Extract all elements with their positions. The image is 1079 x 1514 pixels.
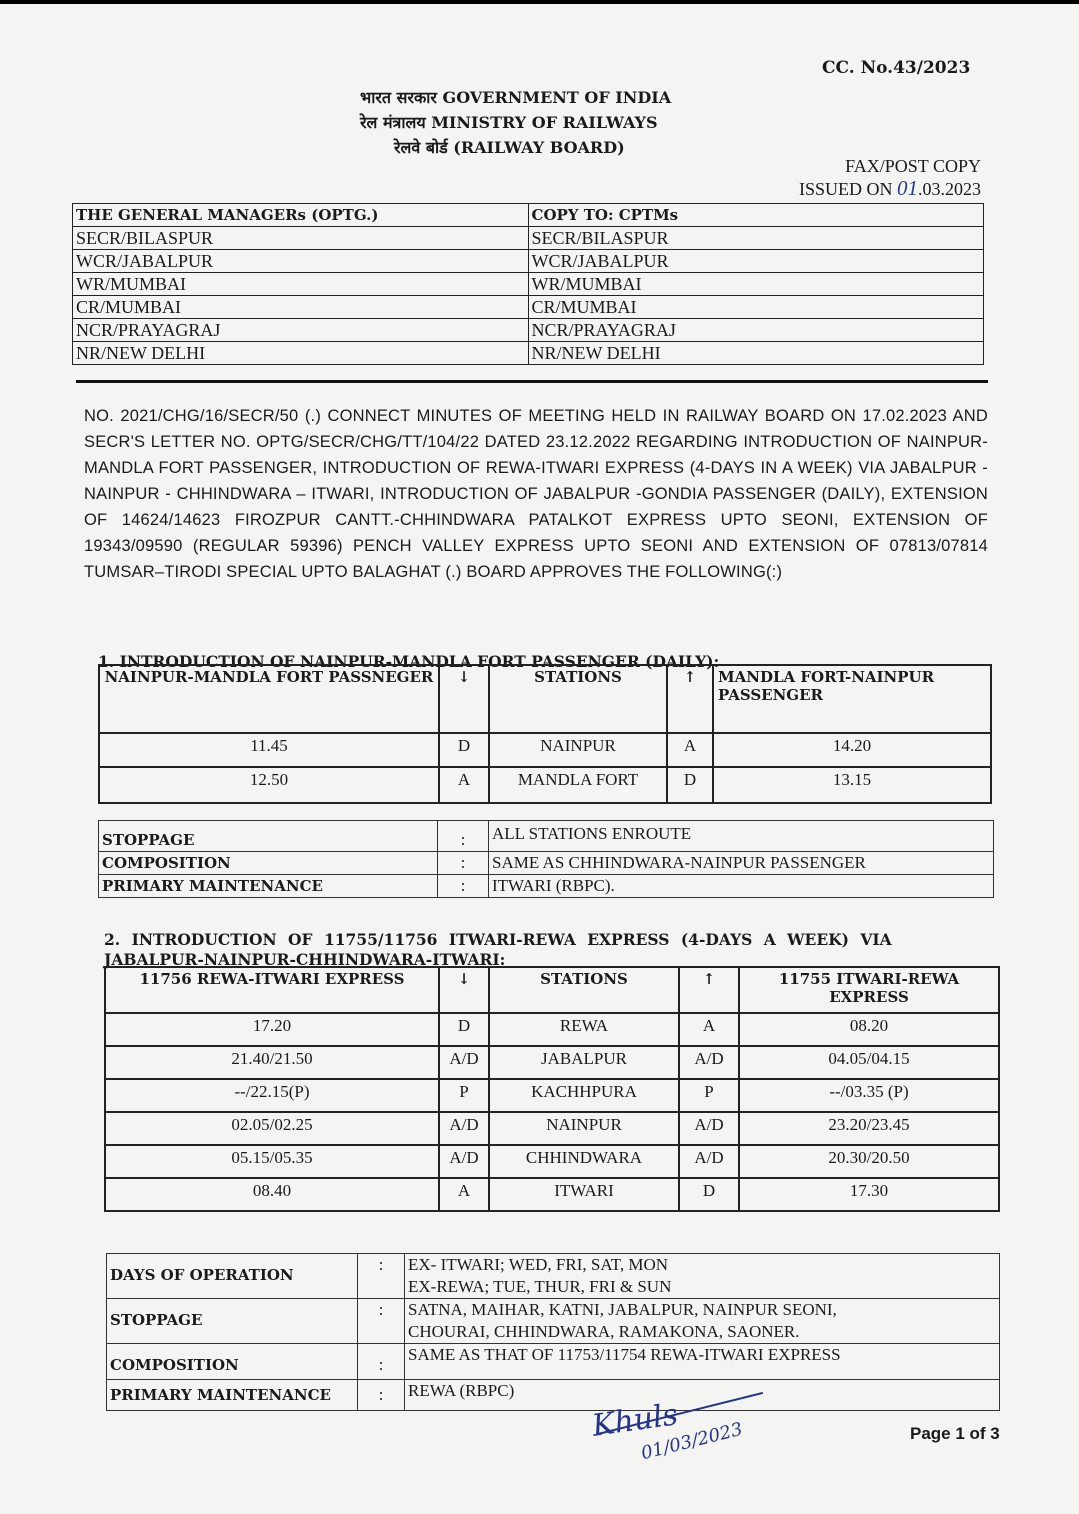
addressee-header-row: THE GENERAL MANAGERs (OPTG.) COPY TO: CP…: [73, 204, 984, 227]
tt-station: REWA: [489, 1013, 679, 1046]
signature: Khuls 01/03/2023: [592, 1403, 678, 1438]
tt-flag-left: A: [439, 1178, 489, 1211]
addressee-left-header: THE GENERAL MANAGERs (OPTG.): [73, 204, 529, 227]
tt-header-stations: STATIONS: [489, 967, 679, 1013]
divider-rule: [76, 380, 988, 383]
down-arrow-icon: ↓: [439, 665, 489, 733]
info-colon: :: [438, 852, 489, 875]
down-arrow-icon: ↓: [439, 967, 489, 1013]
info-value: SAME AS CHHINDWARA-NAINPUR PASSENGER: [489, 852, 994, 875]
tt-time-left: 12.50: [99, 767, 439, 803]
issued-day-handwritten: 01: [897, 176, 918, 200]
section2-timetable: 11756 REWA-ITWARI EXPRESS ↓ STATIONS ↑ 1…: [104, 966, 1000, 1212]
addressee-cell: NR/NEW DELHI: [73, 342, 529, 365]
tt-flag-right: A/D: [679, 1112, 739, 1145]
page-number: Page 1 of 3: [910, 1424, 1000, 1444]
addressee-right-header: COPY TO: CPTMs: [528, 204, 984, 227]
info-colon: :: [358, 1254, 405, 1299]
info-value-line: SATNA, MAIHAR, KATNI, JABALPUR, NAINPUR …: [408, 1299, 996, 1321]
info-value: ALL STATIONS ENROUTE: [489, 821, 994, 852]
section2-title-line1: 2. INTRODUCTION OF 11755/11756 ITWARI-RE…: [104, 930, 892, 949]
section1-timetable: NAINPUR-MANDLA FORT PASSNEGER ↓ STATIONS…: [98, 664, 992, 804]
info-label: STOPPAGE: [99, 821, 438, 852]
info-row: COMPOSITION : SAME AS CHHINDWARA-NAINPUR…: [99, 852, 994, 875]
tt-time-right: 20.30/20.50: [739, 1145, 999, 1178]
tt-flag-right: D: [667, 767, 713, 803]
timetable-row: 11.45 D NAINPUR A 14.20: [99, 733, 991, 767]
info-colon: :: [358, 1380, 405, 1411]
addressee-cell: WR/MUMBAI: [528, 273, 984, 296]
issued-on-label: ISSUED ON: [799, 179, 893, 199]
top-edge: [0, 0, 1079, 4]
addressee-row: WR/MUMBAIWR/MUMBAI: [73, 273, 984, 296]
tt-time-right: 04.05/04.15: [739, 1046, 999, 1079]
tt-flag-right: P: [679, 1079, 739, 1112]
addressee-cell: CR/MUMBAI: [73, 296, 529, 319]
info-label: PRIMARY MAINTENANCE: [107, 1380, 358, 1411]
header-ministry: रेल मंत्रालय MINISTRY OF RAILWAYS: [360, 111, 658, 133]
info-value-line: EX- ITWARI; WED, FRI, SAT, MON: [408, 1254, 996, 1276]
tt-flag-right: A: [679, 1013, 739, 1046]
header-board: रेलवे बोर्ड (RAILWAY BOARD): [394, 136, 625, 158]
info-value: EX- ITWARI; WED, FRI, SAT, MON EX-REWA; …: [405, 1254, 1000, 1299]
timetable-row: --/22.15(P) P KACHHPURA P --/03.35 (P): [105, 1079, 999, 1112]
addressee-table: THE GENERAL MANAGERs (OPTG.) COPY TO: CP…: [72, 203, 984, 365]
info-row: PRIMARY MAINTENANCE : REWA (RBPC): [107, 1380, 1000, 1411]
tt-header-right: MANDLA FORT-NAINPUR PASSENGER: [713, 665, 991, 733]
fax-post-copy: FAX/POST COPY: [799, 155, 981, 177]
info-colon: :: [438, 821, 489, 852]
up-arrow-icon: ↑: [679, 967, 739, 1013]
info-label: COMPOSITION: [107, 1344, 358, 1380]
info-colon: :: [438, 875, 489, 898]
issued-month-year: .03.2023: [918, 179, 981, 199]
addressee-cell: SECR/BILASPUR: [528, 227, 984, 250]
timetable-row: 02.05/02.25 A/D NAINPUR A/D 23.20/23.45: [105, 1112, 999, 1145]
addressee-cell: NCR/PRAYAGRAJ: [73, 319, 529, 342]
tt-flag-right: D: [679, 1178, 739, 1211]
info-value-line: EX-REWA; TUE, THUR, FRI & SUN: [408, 1276, 996, 1298]
tt-flag-left: D: [439, 733, 489, 767]
up-arrow-icon: ↑: [667, 665, 713, 733]
tt-time-left: 21.40/21.50: [105, 1046, 439, 1079]
info-label: PRIMARY MAINTENANCE: [99, 875, 438, 898]
info-row: STOPPAGE : ALL STATIONS ENROUTE: [99, 821, 994, 852]
info-value: SATNA, MAIHAR, KATNI, JABALPUR, NAINPUR …: [405, 1299, 1000, 1344]
timetable-row: 21.40/21.50 A/D JABALPUR A/D 04.05/04.15: [105, 1046, 999, 1079]
tt-flag-left: A: [439, 767, 489, 803]
addressee-cell: WR/MUMBAI: [73, 273, 529, 296]
tt-header-left: 11756 REWA-ITWARI EXPRESS: [105, 967, 439, 1013]
tt-station: KACHHPURA: [489, 1079, 679, 1112]
addressee-cell: NCR/PRAYAGRAJ: [528, 319, 984, 342]
tt-flag-left: D: [439, 1013, 489, 1046]
addressee-row: CR/MUMBAICR/MUMBAI: [73, 296, 984, 319]
header-government: भारत सरकार GOVERNMENT OF INDIA: [360, 86, 671, 108]
tt-time-right: 14.20: [713, 733, 991, 767]
timetable-header-row: NAINPUR-MANDLA FORT PASSNEGER ↓ STATIONS…: [99, 665, 991, 733]
tt-time-right: 17.30: [739, 1178, 999, 1211]
tt-flag-right: A/D: [679, 1145, 739, 1178]
addressee-cell: WCR/JABALPUR: [528, 250, 984, 273]
tt-station: CHHINDWARA: [489, 1145, 679, 1178]
info-colon: :: [358, 1299, 405, 1344]
timetable-header-row: 11756 REWA-ITWARI EXPRESS ↓ STATIONS ↑ 1…: [105, 967, 999, 1013]
addressee-cell: WCR/JABALPUR: [73, 250, 529, 273]
info-colon: :: [358, 1344, 405, 1380]
tt-header-right: 11755 ITWARI-REWA EXPRESS: [739, 967, 999, 1013]
tt-flag-left: A/D: [439, 1046, 489, 1079]
addressee-row: WCR/JABALPURWCR/JABALPUR: [73, 250, 984, 273]
tt-station: ITWARI: [489, 1178, 679, 1211]
addressee-cell: CR/MUMBAI: [528, 296, 984, 319]
info-row: PRIMARY MAINTENANCE : ITWARI (RBPC).: [99, 875, 994, 898]
tt-flag-right: A: [667, 733, 713, 767]
issued-on: ISSUED ON 01.03.2023: [799, 177, 981, 200]
tt-time-left: 08.40: [105, 1178, 439, 1211]
tt-flag-right: A/D: [679, 1046, 739, 1079]
tt-flag-left: A/D: [439, 1145, 489, 1178]
tt-time-right: 08.20: [739, 1013, 999, 1046]
tt-time-right: --/03.35 (P): [739, 1079, 999, 1112]
addressee-cell: SECR/BILASPUR: [73, 227, 529, 250]
body-paragraph: NO. 2021/CHG/16/SECR/50 (.) CONNECT MINU…: [84, 403, 988, 585]
circular-number: CC. No.43/2023: [822, 58, 970, 78]
section1-info-table: STOPPAGE : ALL STATIONS ENROUTE COMPOSIT…: [98, 820, 994, 898]
info-value: SAME AS THAT OF 11753/11754 REWA-ITWARI …: [405, 1344, 1000, 1380]
tt-station: NAINPUR: [489, 1112, 679, 1145]
addressee-row: NCR/PRAYAGRAJNCR/PRAYAGRAJ: [73, 319, 984, 342]
tt-time-right: 23.20/23.45: [739, 1112, 999, 1145]
tt-time-left: 17.20: [105, 1013, 439, 1046]
addressee-row: SECR/BILASPURSECR/BILASPUR: [73, 227, 984, 250]
info-value-line: CHOURAI, CHHINDWARA, RAMAKONA, SAONER.: [408, 1321, 996, 1343]
timetable-row: 05.15/05.35 A/D CHHINDWARA A/D 20.30/20.…: [105, 1145, 999, 1178]
tt-time-right: 13.15: [713, 767, 991, 803]
fax-issue-block: FAX/POST COPY ISSUED ON 01.03.2023: [799, 155, 981, 200]
info-value: ITWARI (RBPC).: [489, 875, 994, 898]
info-label: STOPPAGE: [107, 1299, 358, 1344]
info-row: COMPOSITION : SAME AS THAT OF 11753/1175…: [107, 1344, 1000, 1380]
info-row: STOPPAGE : SATNA, MAIHAR, KATNI, JABALPU…: [107, 1299, 1000, 1344]
tt-time-left: --/22.15(P): [105, 1079, 439, 1112]
tt-time-left: 11.45: [99, 733, 439, 767]
addressee-row: NR/NEW DELHINR/NEW DELHI: [73, 342, 984, 365]
addressee-cell: NR/NEW DELHI: [528, 342, 984, 365]
info-row: DAYS OF OPERATION : EX- ITWARI; WED, FRI…: [107, 1254, 1000, 1299]
timetable-row: 12.50 A MANDLA FORT D 13.15: [99, 767, 991, 803]
tt-station: JABALPUR: [489, 1046, 679, 1079]
tt-station: MANDLA FORT: [489, 767, 667, 803]
tt-station: NAINPUR: [489, 733, 667, 767]
section2-info-table: DAYS OF OPERATION : EX- ITWARI; WED, FRI…: [106, 1253, 1000, 1411]
info-label: COMPOSITION: [99, 852, 438, 875]
tt-time-left: 02.05/02.25: [105, 1112, 439, 1145]
tt-header-stations: STATIONS: [489, 665, 667, 733]
tt-flag-left: P: [439, 1079, 489, 1112]
info-label: DAYS OF OPERATION: [107, 1254, 358, 1299]
timetable-row: 08.40 A ITWARI D 17.30: [105, 1178, 999, 1211]
tt-header-left: NAINPUR-MANDLA FORT PASSNEGER: [99, 665, 439, 733]
tt-flag-left: A/D: [439, 1112, 489, 1145]
timetable-row: 17.20 D REWA A 08.20: [105, 1013, 999, 1046]
tt-time-left: 05.15/05.35: [105, 1145, 439, 1178]
